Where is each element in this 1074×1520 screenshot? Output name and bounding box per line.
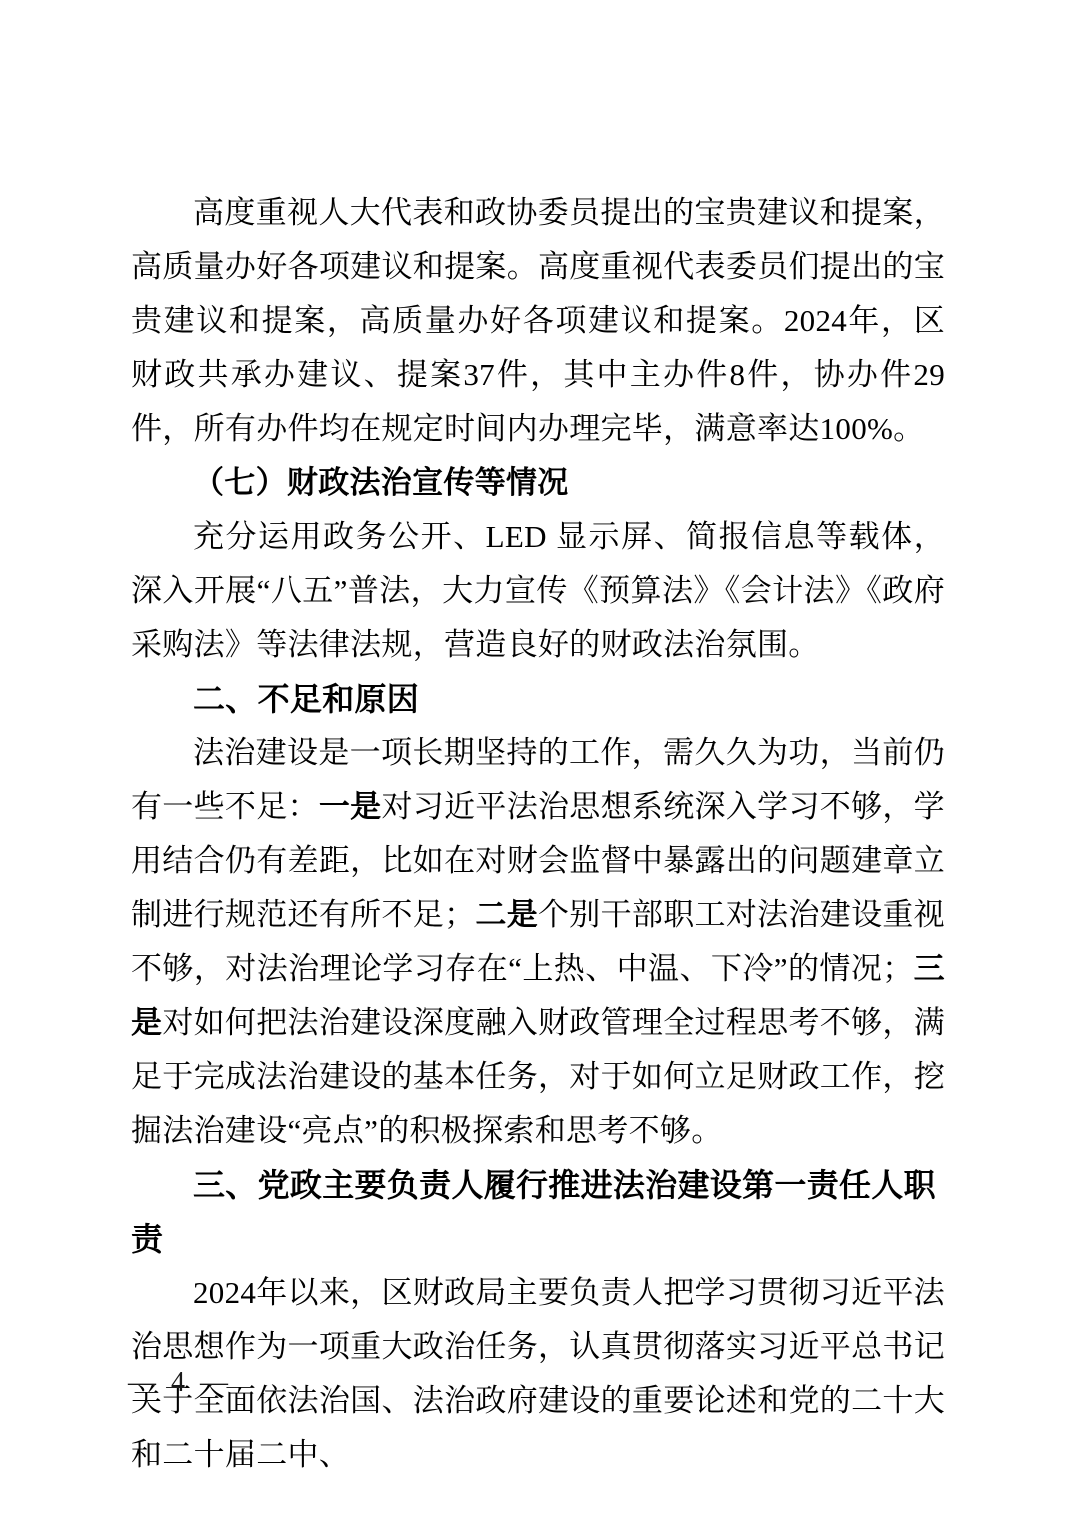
heading-part-two: 二、不足和原因 (131, 672, 945, 726)
paragraph-shortcomings: 法治建设是一项长期坚持的工作，需久久为功，当前仍有一些不足：一是对习近平法治思想… (131, 726, 945, 1158)
document-page: 高度重视人大代表和政协委员提出的宝贵建议和提案，高质量办好各项建议和提案。高度重… (0, 0, 1074, 1520)
shortcomings-point-two-label: 二是 (475, 897, 538, 932)
page-content: 高度重视人大代表和政协委员提出的宝贵建议和提案，高质量办好各项建议和提案。高度重… (131, 186, 945, 1482)
paragraph-responsibility: 2024年以来，区财政局主要负责人把学习贯彻习近平法治思想作为一项重大政治任务，… (131, 1266, 945, 1482)
shortcomings-point-three-text: 对如何把法治建设深度融入财政管理全过程思考不够，满足于完成法治建设的基本任务，对… (131, 1005, 945, 1148)
paragraph-legal-publicity: 充分运用政务公开、LED 显示屏、简报信息等载体，深入开展“八五”普法，大力宣传… (131, 510, 945, 672)
page-number: — 4 — (128, 1366, 232, 1400)
paragraph-proposals: 高度重视人大代表和政协委员提出的宝贵建议和提案，高质量办好各项建议和提案。高度重… (131, 186, 945, 456)
heading-part-three: 三、党政主要负责人履行推进法治建设第一责任人职责 (131, 1158, 945, 1266)
heading-section-seven: （七）财政法治宣传等情况 (131, 456, 945, 510)
shortcomings-point-one-label: 一是 (319, 789, 382, 824)
